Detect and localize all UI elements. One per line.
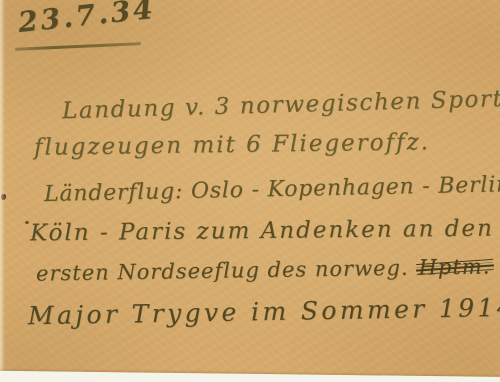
scan-bottom-edge xyxy=(0,371,500,382)
note-line-3: Länderflug: Oslo - Kopenhagen - Berlin- xyxy=(44,172,500,207)
date-underline xyxy=(15,42,141,51)
note-line-4: Köln - Paris zum Andenken an den xyxy=(30,216,494,247)
date-label: 23.7.34 xyxy=(17,0,158,39)
struck-word: Hptm. xyxy=(418,254,490,279)
note-line-6: Major Trygve im Sommer 1914 xyxy=(28,293,500,331)
ink-speck xyxy=(25,221,29,224)
card-left-edge xyxy=(0,0,5,382)
paper-card: 23.7.34 Landung v. 3 norwegischen Sport-… xyxy=(0,0,500,382)
note-line-5: ersten Nordseeflug des norweg.Hptm. xyxy=(36,254,491,285)
note-line-1: Landung v. 3 norwegischen Sport- xyxy=(62,86,500,125)
note-line-2: flugzeugen mit 6 Fliegeroffz. xyxy=(34,129,430,161)
note-line-5-text: ersten Nordseeflug des norweg. xyxy=(36,256,409,286)
scanned-note: 23.7.34 Landung v. 3 norwegischen Sport-… xyxy=(0,0,500,382)
